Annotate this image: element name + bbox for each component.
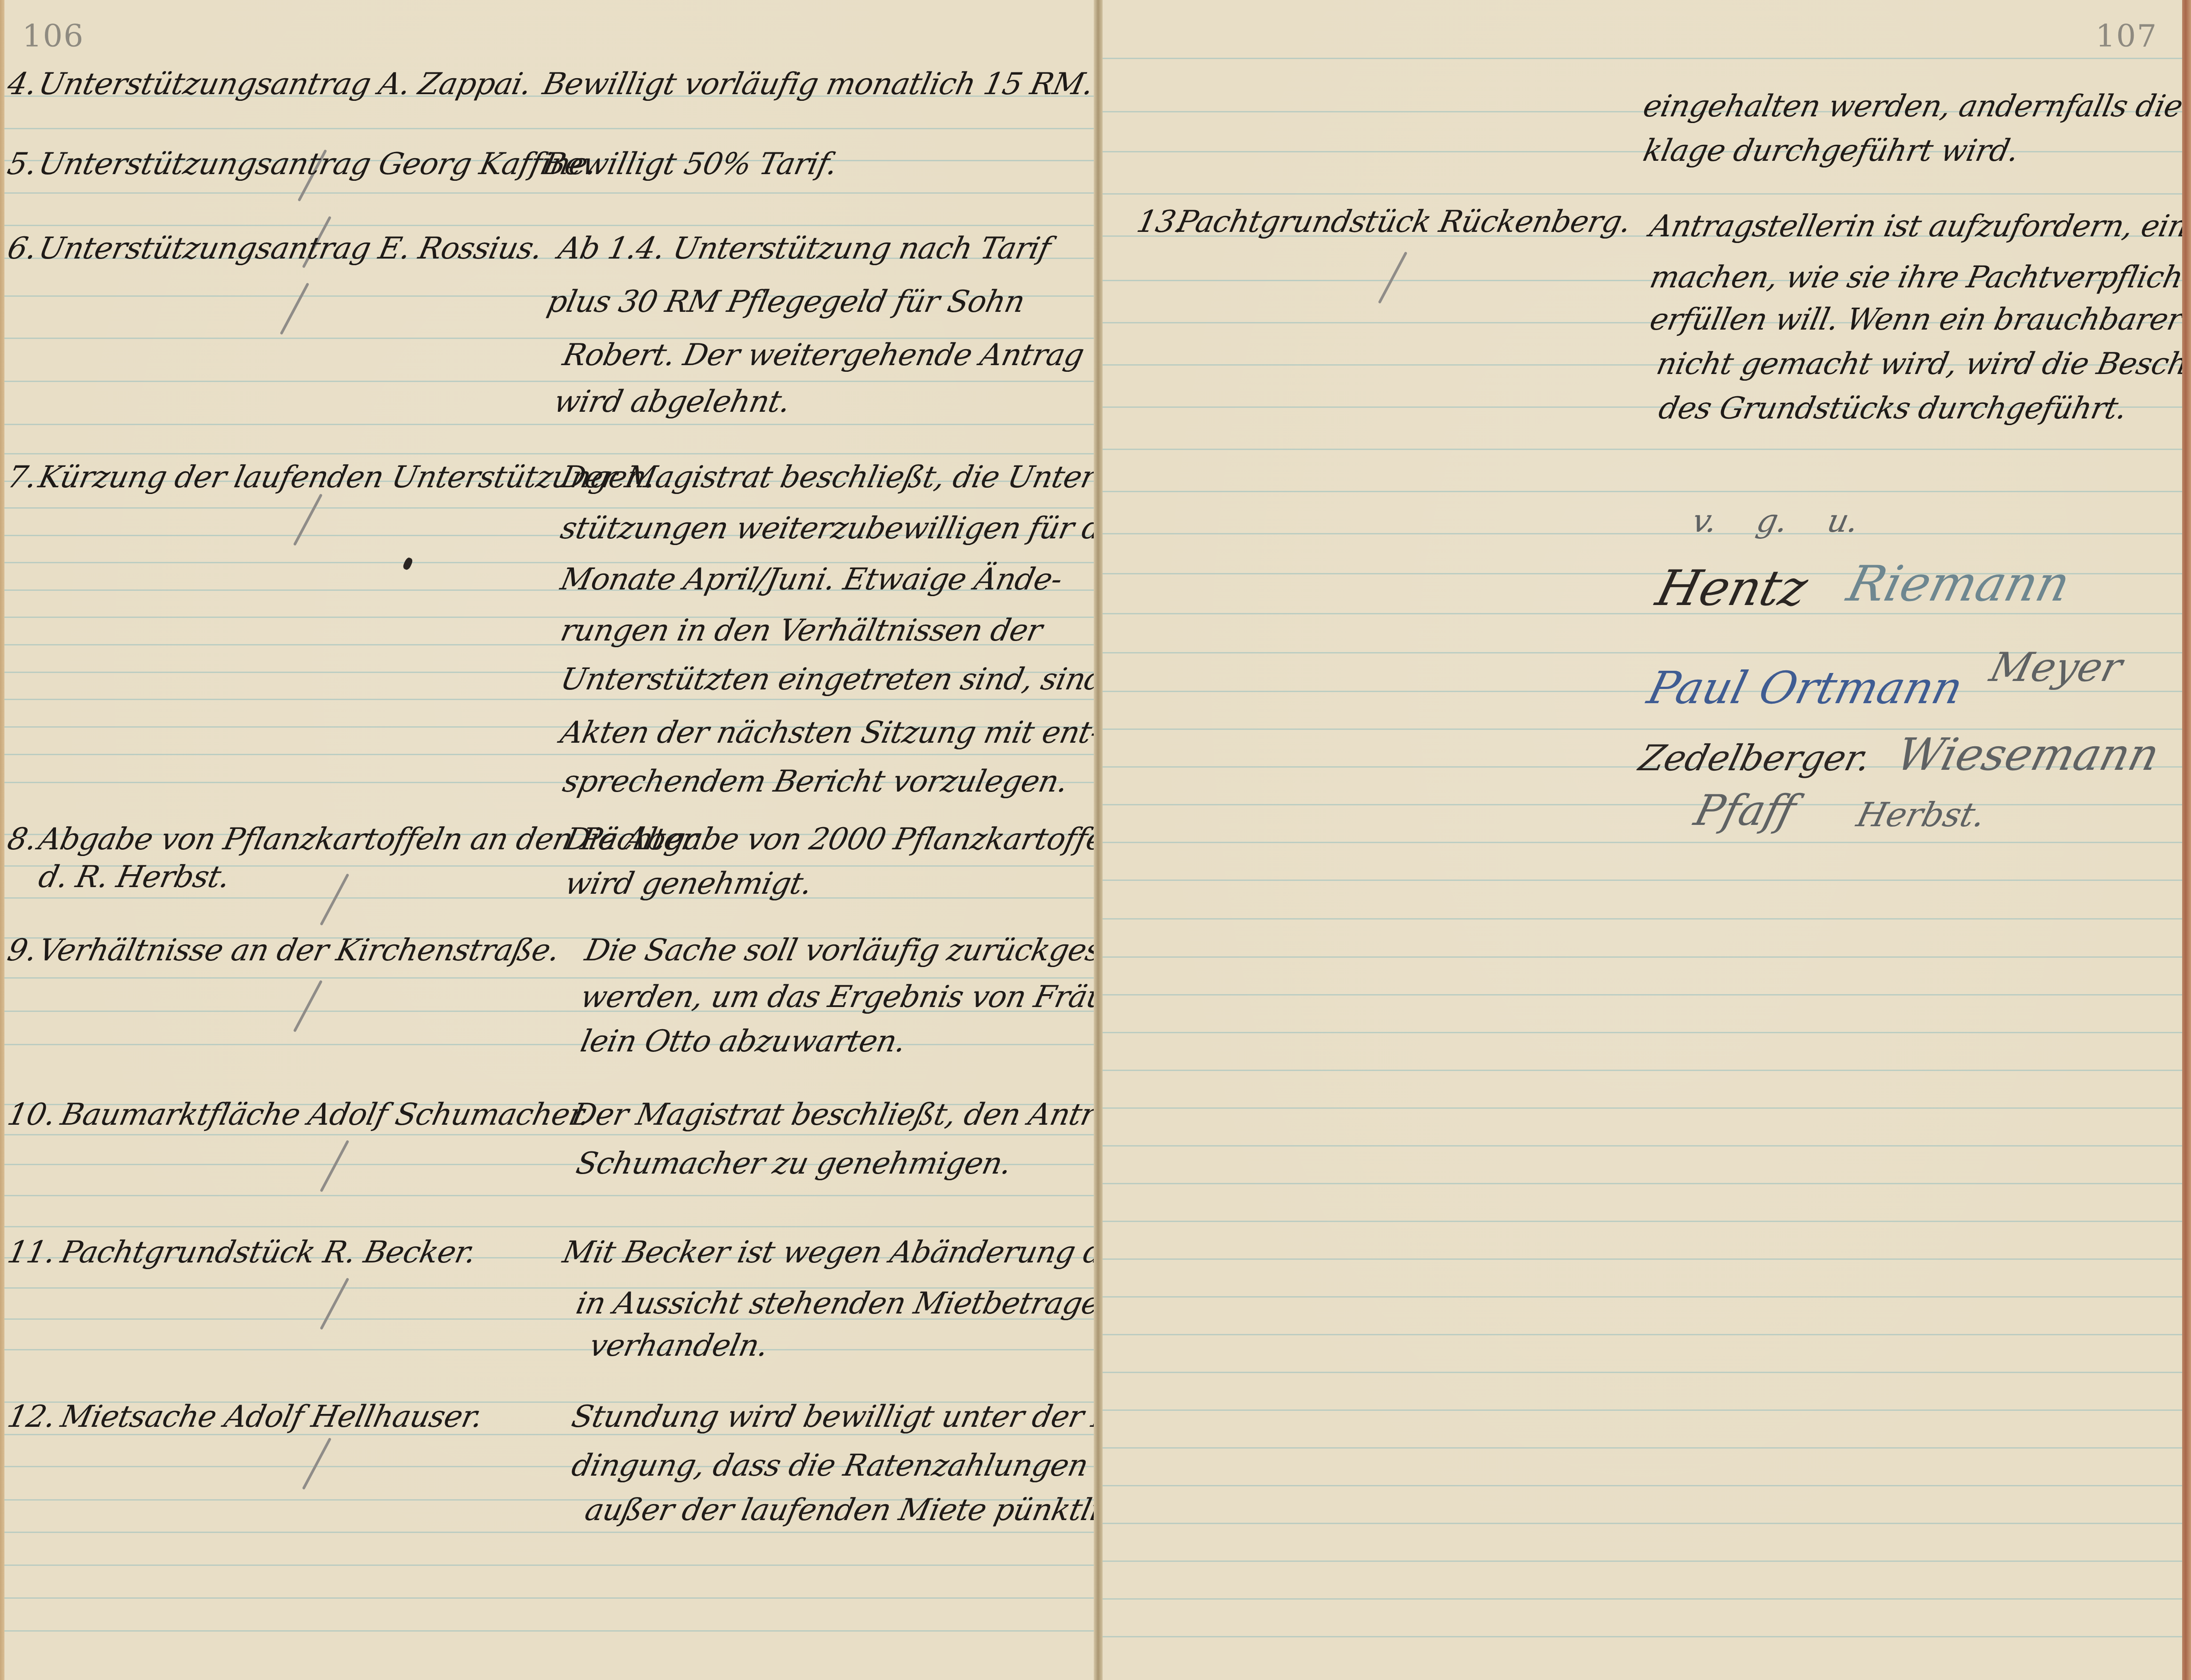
ruling-line	[1103, 1636, 2183, 1637]
open-ledger-spread: 106 4. Unterstützungsantrag A. Zappai. B…	[0, 0, 2191, 1680]
item-subject: Baumarktfläche Adolf Schumacher.	[58, 1097, 593, 1132]
item-decision-line: stützungen weiterzubewilligen für die	[558, 511, 1095, 546]
ruling-line	[1103, 1372, 2183, 1373]
item-decision-line: Akten der nächsten Sitzung mit ent-	[558, 715, 1095, 750]
ruling-line	[4, 1532, 1095, 1533]
ruling-line	[1103, 533, 2183, 534]
ruling-line	[1103, 1258, 2183, 1260]
pencil-checkmark-icon	[320, 1278, 349, 1330]
ruling-line	[1103, 1070, 2183, 1071]
ruling-line	[4, 754, 1095, 755]
item-decision-line: werden, um das Ergebnis von Fräu-	[578, 979, 1095, 1015]
book-edge-right	[2182, 0, 2191, 1680]
page-number: 107	[2095, 18, 2158, 54]
item-decision-line: Der Magistrat beschließt, die Unter-	[558, 460, 1095, 495]
pencil-checkmark-icon	[302, 1437, 331, 1490]
ruling-line	[4, 977, 1095, 979]
item-decision-line: sprechendem Bericht vorzulegen.	[560, 764, 1071, 799]
pencil-checkmark-icon	[280, 283, 309, 335]
ruling-line	[1103, 58, 2183, 59]
item-decision-line: Monate April/Juni. Etwaige Ände-	[558, 562, 1065, 597]
item-decision-line: Die Abgabe von 2000 Pflanzkartoffeln	[562, 822, 1095, 857]
item-subject: Unterstützungsantrag E. Rossius.	[36, 231, 546, 266]
ruling-line	[4, 1565, 1095, 1566]
item-subject: Mietsache Adolf Hellhauser.	[58, 1399, 486, 1434]
ruling-line	[1103, 1485, 2183, 1486]
item-number: 6.	[4, 231, 40, 266]
ruling-line	[1103, 994, 2183, 995]
ruling-line	[4, 192, 1095, 194]
item-decision-line: machen, wie sie ihre Pachtverpflichtunge…	[1647, 260, 2183, 295]
item-decision-line: wird genehmigt.	[562, 866, 815, 901]
item-decision-line: in Aussicht stehenden Mietbetrages zu	[573, 1286, 1095, 1321]
ruling-line	[4, 507, 1095, 509]
attestation-vgu: v. g. u.	[1689, 502, 1862, 539]
book-gutter	[1094, 0, 1103, 1680]
pencil-checkmark-icon	[1378, 251, 1407, 304]
ruling-line	[1103, 613, 2183, 614]
item-number: 8.	[4, 822, 40, 857]
ruling-line	[4, 1597, 1095, 1599]
ruling-line	[1103, 918, 2183, 920]
item-subject: Verhältnisse an der Kirchenstraße.	[36, 933, 562, 968]
ruling-line	[4, 1134, 1095, 1135]
ruling-line	[4, 1044, 1095, 1045]
pencil-checkmark-icon	[320, 1140, 349, 1192]
ruling-line	[1103, 956, 2183, 958]
ruling-line	[4, 424, 1095, 425]
page-107: 107 eingehalten werden, andernfalls die …	[1103, 0, 2183, 1680]
ruling-line	[1103, 804, 2183, 805]
ruling-line	[1103, 193, 2183, 195]
item-decision: Bewilligt 50% Tarif.	[540, 147, 841, 182]
ruling-line	[1103, 1447, 2183, 1449]
ruling-line	[1103, 1221, 2183, 1222]
signature: Paul Ortmann	[1642, 662, 1968, 714]
item-number: 11.	[4, 1235, 59, 1270]
item-decision-line: Mit Becker ist wegen Abänderung des	[560, 1235, 1095, 1270]
continuation-line: eingehalten werden, andernfalls die Räum…	[1640, 89, 2183, 124]
item-subject-line2: d. R. Herbst.	[36, 860, 233, 895]
signature: Meyer	[1985, 644, 2127, 691]
ruling-line	[1103, 1032, 2183, 1033]
ruling-line	[1103, 691, 2183, 692]
pencil-checkmark-icon	[320, 873, 349, 926]
item-decision-line: außer der laufenden Miete pünktlich	[582, 1493, 1095, 1528]
ruling-line	[1103, 1296, 2183, 1298]
item-subject: Unterstützungsantrag Georg Kaffine.	[36, 147, 600, 182]
item-decision-line: Schumacher zu genehmigen.	[573, 1146, 1015, 1181]
item-number: 5.	[4, 147, 40, 182]
ruling-line	[4, 1349, 1095, 1350]
item-decision-line: Antragstellerin ist aufzufordern, einen …	[1647, 209, 2183, 244]
item-subject: Pachtgrundstück Rückenberg.	[1174, 204, 1634, 239]
ruling-line	[1103, 880, 2183, 881]
ruling-line	[1103, 1183, 2183, 1184]
signature: Hentz	[1651, 560, 1813, 617]
item-decision-line: rungen in den Verhältnissen der	[558, 613, 1045, 648]
ruling-line	[4, 1226, 1095, 1227]
ruling-line	[1103, 1561, 2183, 1562]
ruling-line	[1103, 1409, 2183, 1411]
item-decision-line: des Grundstücks durchgeführt.	[1656, 391, 2130, 426]
item-subject: Pachtgrundstück R. Becker.	[58, 1235, 479, 1270]
signature: Zedelberger.	[1635, 737, 1875, 779]
item-decision-line: dingung, dass die Ratenzahlungen	[569, 1448, 1091, 1483]
continuation-line: klage durchgeführt wird.	[1640, 133, 2022, 168]
ruling-line	[4, 1195, 1095, 1196]
ruling-line	[4, 897, 1095, 899]
signature: Herbst.	[1853, 795, 1990, 834]
ruling-line	[4, 1630, 1095, 1632]
pencil-checkmark-icon	[293, 494, 323, 546]
item-number: 12.	[4, 1399, 59, 1434]
ruling-line	[4, 381, 1095, 382]
item-decision-line: Der Magistrat beschließt, den Antrag	[569, 1097, 1095, 1132]
page-number: 106	[22, 18, 84, 54]
ink-blot	[402, 557, 414, 571]
ruling-line	[1103, 491, 2183, 492]
item-decision-line: Robert. Der weitergehende Antrag	[560, 338, 1087, 373]
item-decision-line: Die Sache soll vorläufig zurückgestellt	[582, 933, 1095, 968]
signature: Wiesemann	[1891, 729, 2164, 780]
ruling-line	[1103, 1107, 2183, 1109]
item-subject: Unterstützungsantrag A. Zappai.	[36, 67, 534, 102]
ruling-line	[1103, 1145, 2183, 1147]
item-decision-line: plus 30 RM Pflegegeld für Sohn	[544, 284, 1028, 319]
ruling-line	[4, 453, 1095, 454]
ruling-line	[4, 225, 1095, 226]
item-number: 10.	[4, 1097, 59, 1132]
ruling-line	[4, 699, 1095, 700]
item-decision-line: verhandeln.	[586, 1328, 771, 1363]
ruling-line	[1103, 1523, 2183, 1524]
ruling-line	[1103, 151, 2183, 152]
ruling-line	[1103, 842, 2183, 843]
item-decision-line: Unterstützten eingetreten sind, sind die	[558, 662, 1095, 697]
item-decision-line: nicht gemacht wird, wird die Beschlagnah…	[1653, 346, 2183, 382]
signature: Pfaff	[1689, 786, 1801, 835]
item-decision-line: erfüllen will. Wenn ein brauchbarer Vors…	[1647, 302, 2183, 337]
item-decision-line: Ab 1.4. Unterstützung nach Tarif	[555, 231, 1053, 266]
pencil-checkmark-icon	[293, 980, 323, 1032]
signature: Riemann	[1842, 555, 2076, 612]
ruling-line	[1103, 449, 2183, 450]
ruling-line	[1103, 1334, 2183, 1335]
item-decision-line: wird abgelehnt.	[551, 384, 793, 419]
item-number: 7.	[4, 460, 40, 495]
page-106: 106 4. Unterstützungsantrag A. Zappai. B…	[4, 0, 1095, 1680]
item-decision: Bewilligt vorläufig monatlich 15 RM.	[540, 67, 1095, 102]
item-decision-line: Stundung wird bewilligt unter der Be-	[569, 1399, 1095, 1434]
item-decision-line: lein Otto abzuwarten.	[578, 1024, 909, 1059]
ruling-line	[4, 128, 1095, 129]
ruling-line	[1103, 1598, 2183, 1600]
